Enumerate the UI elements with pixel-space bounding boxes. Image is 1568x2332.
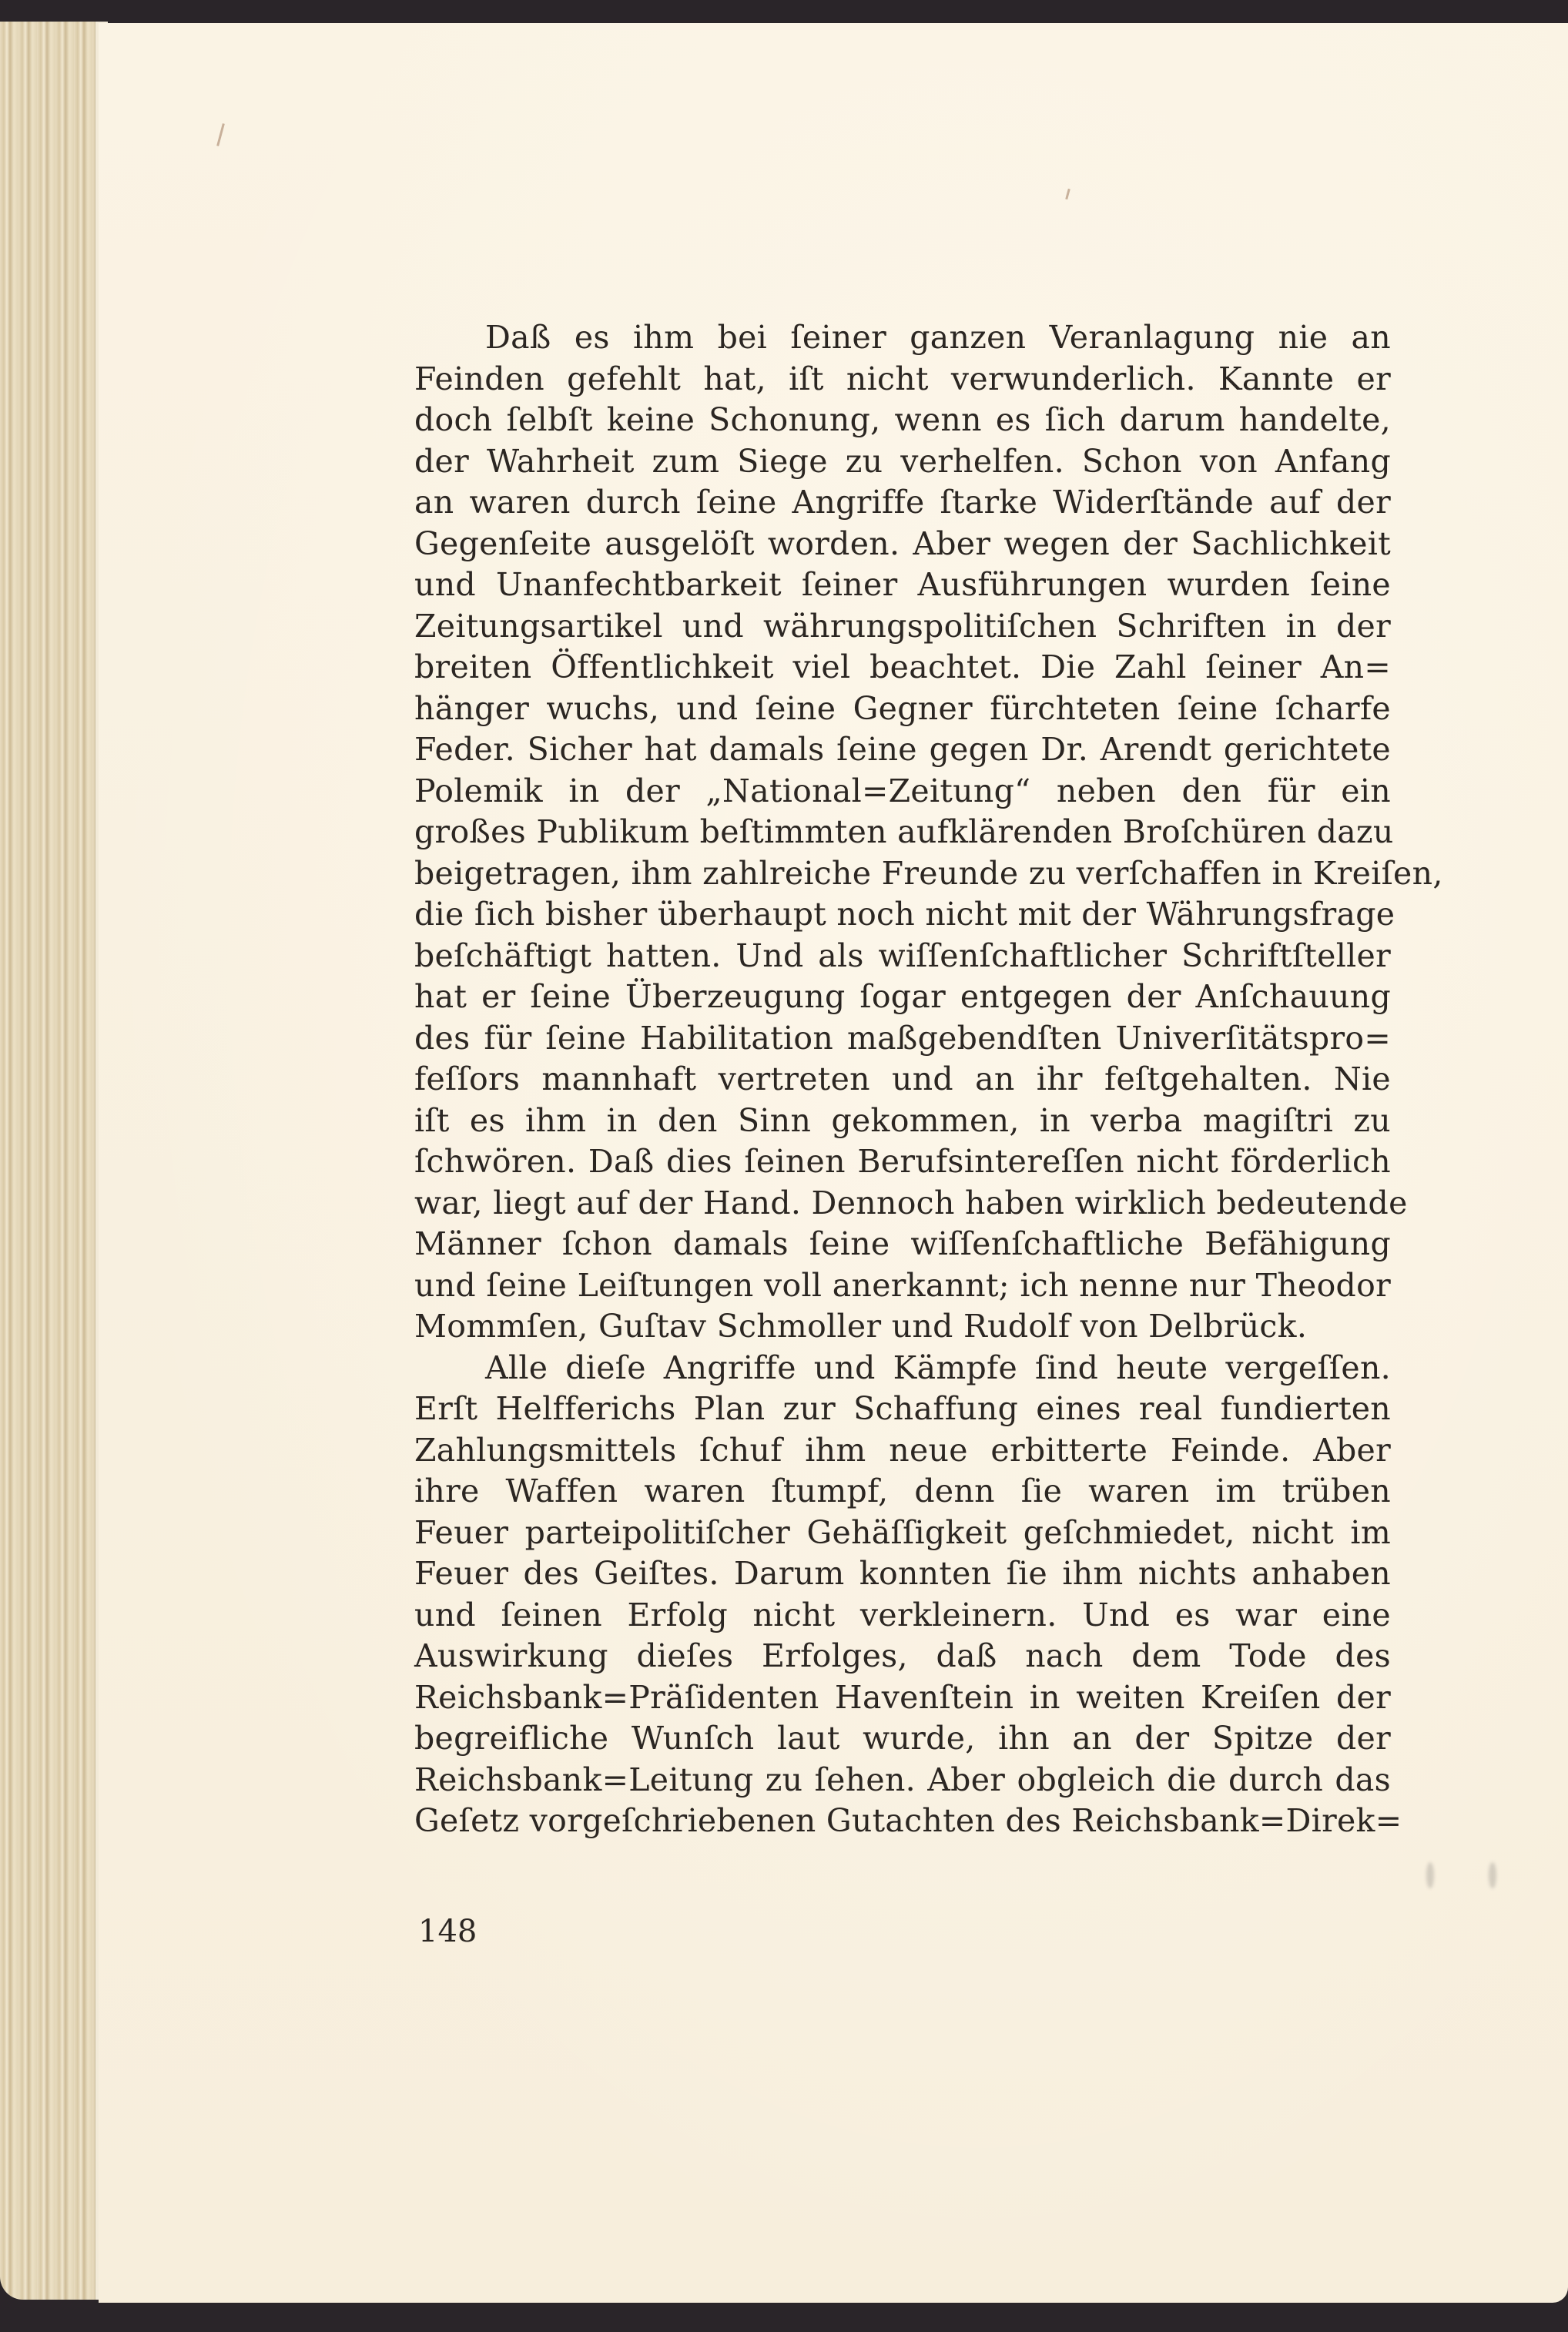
text-line: Polemik in der „National=Zeitung“ neben … — [414, 771, 1391, 813]
text-line: beſchäftigt hatten. Und als wiſſenſchaft… — [414, 936, 1391, 977]
text-line: des für ſeine Habilitation maßgebendſten… — [414, 1018, 1391, 1060]
text-line: begreifliche Wunſch laut wurde, ihn an d… — [414, 1718, 1391, 1760]
text-line: Mommſen, Guſtav Schmoller und Rudolf von… — [414, 1306, 1391, 1348]
text-line: breiten Öffentlichkeit viel beachtet. Di… — [414, 647, 1391, 689]
smudge-mark — [1489, 1862, 1496, 1888]
text-line: Auswirkung dieſes Erfolges, daß nach dem… — [414, 1636, 1391, 1677]
text-line: iſt es ihm in den Sinn gekommen, in verb… — [414, 1101, 1391, 1142]
page-number: 148 — [418, 1912, 477, 1951]
text-line: Feinden gefehlt hat, iſt nicht verwunder… — [414, 359, 1391, 400]
text-line: Zeitungsartikel und währungspolitiſchen … — [414, 606, 1391, 648]
text-line: beigetragen, ihm zahlreiche Freunde zu v… — [414, 853, 1391, 895]
text-line: und ſeinen Erfolg nicht verkleinern. Und… — [414, 1595, 1391, 1637]
text-line: Gegenſeite ausgelöſt worden. Aber wegen … — [414, 524, 1391, 565]
text-line: die ſich bisher überhaupt noch nicht mit… — [414, 894, 1391, 936]
smudge-mark — [1426, 1862, 1434, 1888]
text-line: hat er ſeine Überzeugung ſogar entgegen … — [414, 977, 1391, 1018]
paragraph-1: Daß es ihm bei ſeiner ganzen Veranlagung… — [414, 317, 1391, 1348]
text-line: hänger wuchs, und ſeine Gegner fürchtete… — [414, 689, 1391, 730]
body-text: Daß es ihm bei ſeiner ganzen Veranlagung… — [414, 317, 1391, 1842]
text-line: und ſeine Leiſtungen voll anerkannt; ich… — [414, 1265, 1391, 1307]
text-line: feſſors mannhaft vertreten und an ihr fe… — [414, 1059, 1391, 1101]
text-line: Zahlungsmittels ſchuf ihm neue erbittert… — [414, 1430, 1391, 1472]
text-line: Feder. Sicher hat damals ſeine gegen Dr.… — [414, 729, 1391, 771]
text-line: großes Publikum beſtimmten aufklärenden … — [414, 812, 1391, 853]
text-line: war, liegt auf der Hand. Dennoch haben w… — [414, 1183, 1391, 1225]
text-line: der Wahrheit zum Siege zu verhelfen. Sch… — [414, 441, 1391, 483]
text-line: Daß es ihm bei ſeiner ganzen Veranlagung… — [414, 317, 1391, 359]
text-line: Reichsbank=Leitung zu ſehen. Aber obglei… — [414, 1760, 1391, 1801]
paragraph-2: Alle dieſe Angriffe und Kämpfe ſind heut… — [414, 1348, 1391, 1842]
text-line: Geſetz vorgeſchriebenen Gutachten des Re… — [414, 1801, 1391, 1842]
text-line: an waren durch ſeine Angriffe ſtarke Wid… — [414, 482, 1391, 524]
text-line: ihre Waffen waren ſtumpf, denn ſie waren… — [414, 1471, 1391, 1513]
text-line: Männer ſchon damals ſeine wiſſenſchaftli… — [414, 1224, 1391, 1265]
page-edges-stack — [0, 22, 108, 2300]
text-line: Feuer des Geiſtes. Darum konnten ſie ihm… — [414, 1553, 1391, 1595]
text-line: Feuer parteipolitiſcher Gehäſſigkeit geſ… — [414, 1513, 1391, 1554]
text-line: ſchwören. Daß dies ſeinen Berufsintereſſ… — [414, 1141, 1391, 1183]
text-line: Reichsbank=Präſidenten Havenſtein in wei… — [414, 1677, 1391, 1719]
text-line: Erſt Helfferichs Plan zur Schaffung eine… — [414, 1389, 1391, 1430]
text-line: Alle dieſe Angriffe und Kämpfe ſind heut… — [414, 1348, 1391, 1389]
text-line: doch ſelbſt keine Schonung, wenn es ſich… — [414, 400, 1391, 441]
text-line: und Unanfechtbarkeit ſeiner Ausführungen… — [414, 565, 1391, 606]
